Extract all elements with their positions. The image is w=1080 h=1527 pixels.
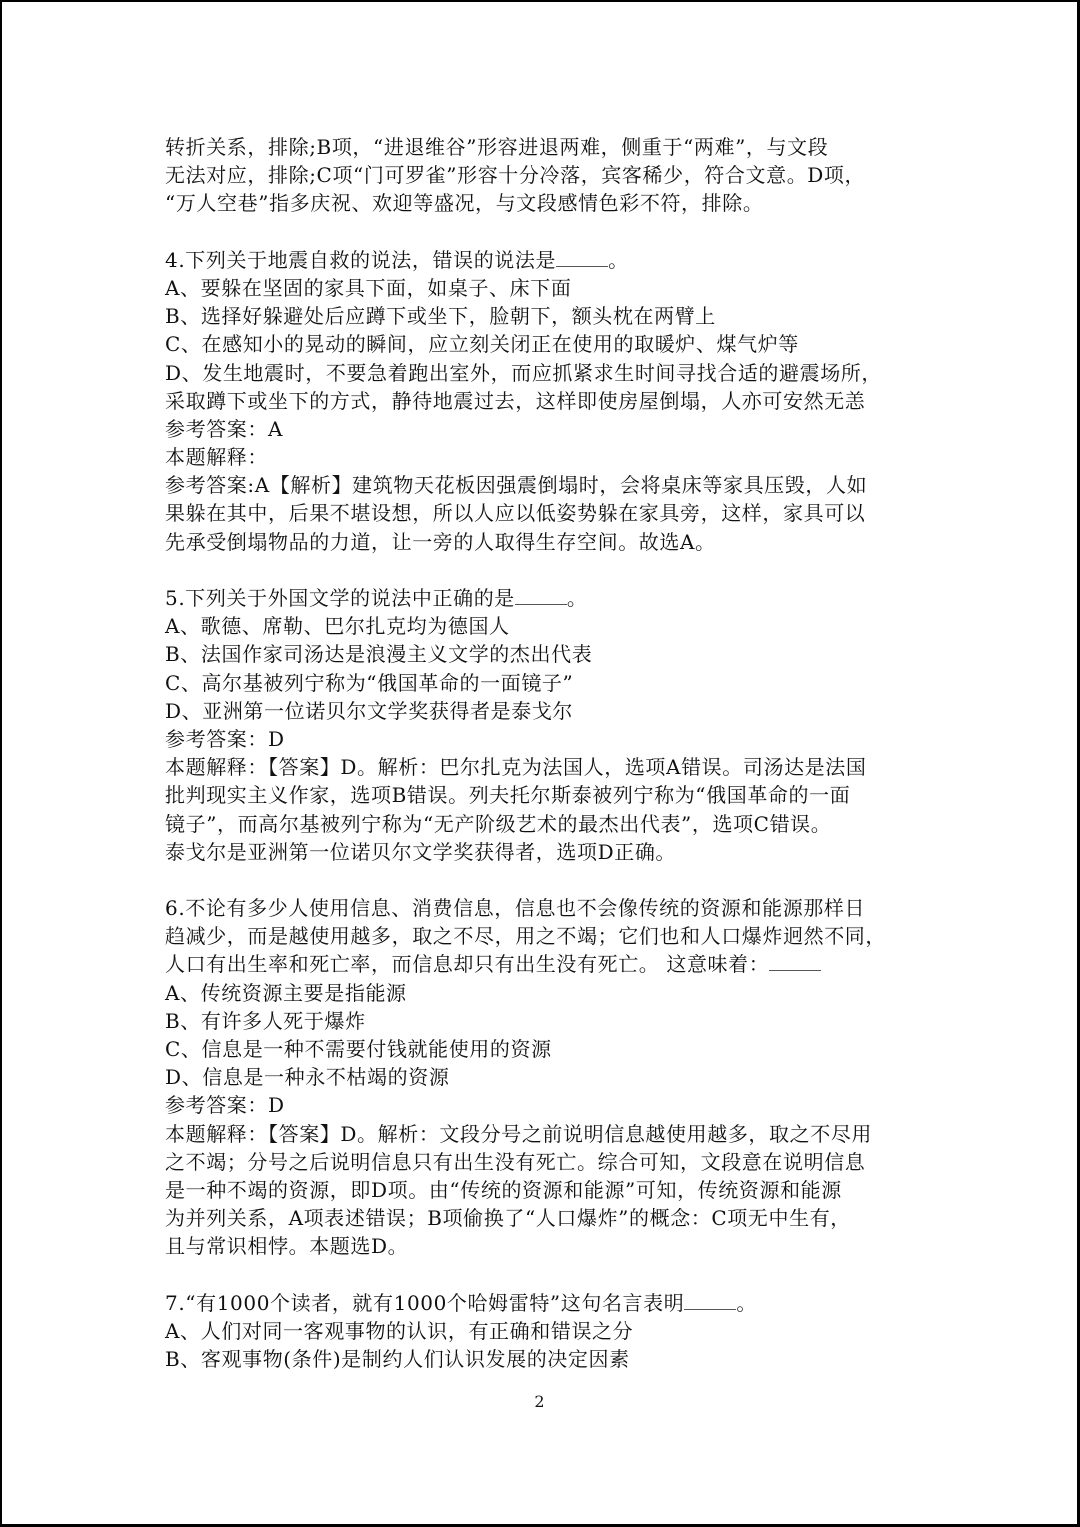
explanation-line: 本题解释：【答案】D。解析：文段分号之前说明信息越使用越多，取之不尽用 [165, 1120, 935, 1148]
explanation-line: 为并列关系，A项表述错误；B项偷换了“人口爆炸”的概念：C项无中生有， [165, 1204, 935, 1232]
text-line: 转折关系，排除;B项，“进退维谷”形容进退两难，侧重于“两难”，与文段 [165, 133, 935, 161]
option-a: A、歌德、席勒、巴尔扎克均为德国人 [165, 612, 935, 640]
explanation-line: 之不竭；分号之后说明信息只有出生没有死亡。综合可知，文段意在说明信息 [165, 1148, 935, 1176]
answer-blank [684, 1291, 736, 1310]
answer-blank [515, 586, 567, 605]
reference-answer: 参考答案：D [165, 725, 935, 753]
page-content: 转折关系，排除;B项，“进退维谷”形容进退两难，侧重于“两难”，与文段 无法对应… [165, 133, 935, 1373]
paragraph-gap [165, 218, 935, 246]
question-text: 下列关于地震自救的说法，错误的说法是 [185, 248, 556, 272]
explanation-line: 果躲在其中，后果不堪设想，所以人应以低姿势躲在家具旁，这样，家具可以 [165, 499, 935, 527]
option-d: D、发生地震时，不要急着跑出室外，而应抓紧求生时间寻找合适的避震场所， [165, 359, 935, 387]
question-7: 7.“有1000个读者，就有1000个哈姆雷特”这句名言表明。 A、人们对同一客… [165, 1289, 935, 1374]
option-a: A、人们对同一客观事物的认识，有正确和错误之分 [165, 1317, 935, 1345]
paragraph-gap [165, 866, 935, 894]
question-stem: 5.下列关于外国文学的说法中正确的是。 [165, 584, 935, 612]
explanation-line: 是一种不竭的资源，即D项。由“传统的资源和能源”可知，传统资源和能源 [165, 1176, 935, 1204]
question-number: 4. [165, 248, 185, 272]
question-text: “有1000个读者，就有1000个哈姆雷特”这句名言表明 [185, 1291, 684, 1315]
option-b: B、有许多人死于爆炸 [165, 1007, 935, 1035]
explanation-line: 批判现实主义作家，选项B错误。列夫托尔斯泰被列宁称为“俄国革命的一面 [165, 781, 935, 809]
option-d: D、亚洲第一位诺贝尔文学奖获得者是泰戈尔 [165, 697, 935, 725]
explanation-line: 参考答案:A【解析】建筑物天花板因强震倒塌时，会将桌床等家具压毁，人如 [165, 471, 935, 499]
question-stem-continued: 人口有出生率和死亡率，而信息却只有出生没有死亡。 这意味着： [165, 950, 935, 978]
option-a: A、要躲在坚固的家具下面，如桌子、床下面 [165, 274, 935, 302]
document-page: 转折关系，排除;B项，“进退维谷”形容进退两难，侧重于“两难”，与文段 无法对应… [0, 0, 1080, 1527]
option-b: B、选择好躲避处后应蹲下或坐下，脸朝下，额头枕在两臂上 [165, 302, 935, 330]
question-stem: 4.下列关于地震自救的说法，错误的说法是。 [165, 246, 935, 274]
option-b: B、客观事物(条件)是制约人们认识发展的决定因素 [165, 1345, 935, 1373]
question-stem: 6.不论有多少人使用信息、消费信息，信息也不会像传统的资源和能源那样日 [165, 894, 935, 922]
paragraph-gap [165, 556, 935, 584]
question-number: 7. [165, 1291, 185, 1315]
paragraph-gap [165, 1261, 935, 1289]
option-c: C、高尔基被列宁称为“俄国革命的一面镜子” [165, 669, 935, 697]
question-stem-continued: 趋减少，而是越使用越多，取之不尽，用之不竭；它们也和人口爆炸迥然不同， [165, 922, 935, 950]
question-5: 5.下列关于外国文学的说法中正确的是。 A、歌德、席勒、巴尔扎克均为德国人 B、… [165, 584, 935, 866]
question-text: 下列关于外国文学的说法中正确的是 [185, 586, 515, 610]
option-a: A、传统资源主要是指能源 [165, 979, 935, 1007]
answer-blank [556, 248, 608, 267]
text-line: 无法对应，排除;C项“门可罗雀”形容十分冷落，宾客稀少，符合文意。D项， [165, 161, 935, 189]
explanation-line: 泰戈尔是亚洲第一位诺贝尔文学奖获得者，选项D正确。 [165, 838, 935, 866]
question-number: 5. [165, 586, 185, 610]
reference-answer: 参考答案：D [165, 1091, 935, 1119]
explanation-line: 本题解释：【答案】D。解析：巴尔扎克为法国人，选项A错误。司汤达是法国 [165, 753, 935, 781]
question-stem: 7.“有1000个读者，就有1000个哈姆雷特”这句名言表明。 [165, 1289, 935, 1317]
answer-blank [769, 952, 821, 971]
question-number: 6. [165, 896, 185, 920]
explanation-line: 先承受倒塌物品的力道，让一旁的人取得生存空间。故选A。 [165, 528, 935, 556]
explanation-line: 且与常识相悖。本题选D。 [165, 1232, 935, 1260]
question-text: 不论有多少人使用信息、消费信息，信息也不会像传统的资源和能源那样日 [185, 896, 865, 920]
explanation-line: 镜子”，而高尔基被列宁称为“无产阶级艺术的最杰出代表”，选项C错误。 [165, 810, 935, 838]
option-d: D、信息是一种永不枯竭的资源 [165, 1063, 935, 1091]
previous-explanation-continuation: 转折关系，排除;B项，“进退维谷”形容进退两难，侧重于“两难”，与文段 无法对应… [165, 133, 935, 218]
option-b: B、法国作家司汤达是浪漫主义文学的杰出代表 [165, 640, 935, 668]
option-d-continued: 采取蹲下或坐下的方式，静待地震过去，这样即使房屋倒塌，人亦可安然无恙 [165, 387, 935, 415]
question-4: 4.下列关于地震自救的说法，错误的说法是。 A、要躲在坚固的家具下面，如桌子、床… [165, 246, 935, 556]
option-c: C、信息是一种不需要付钱就能使用的资源 [165, 1035, 935, 1063]
option-c: C、在感知小的晃动的瞬间，应立刻关闭正在使用的取暖炉、煤气炉等 [165, 330, 935, 358]
question-6: 6.不论有多少人使用信息、消费信息，信息也不会像传统的资源和能源那样日 趋减少，… [165, 894, 935, 1260]
reference-answer: 参考答案：A [165, 415, 935, 443]
explanation-label: 本题解释： [165, 443, 935, 471]
page-number: 2 [2, 1392, 1077, 1411]
text-line: “万人空巷”指多庆祝、欢迎等盛况，与文段感情色彩不符，排除。 [165, 189, 935, 217]
